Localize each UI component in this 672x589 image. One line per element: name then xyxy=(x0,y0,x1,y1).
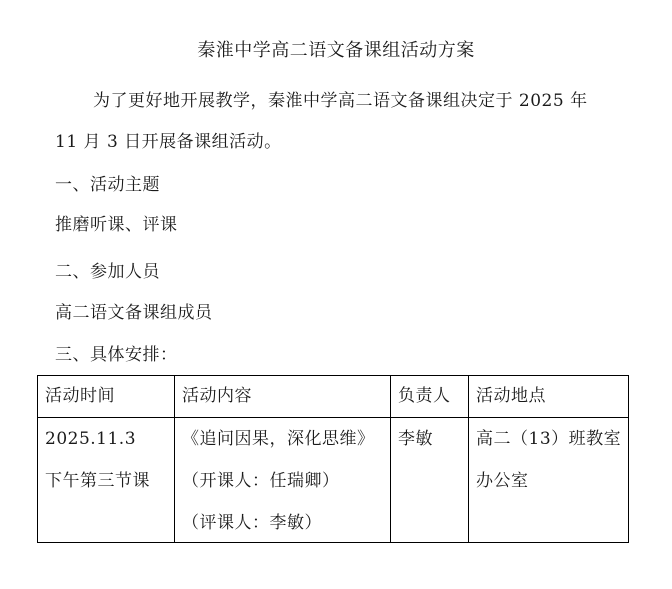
intro-paragraph-line-1: 为了更好地开展教学，秦淮中学高二语文备课组决定于 2025 年 xyxy=(93,90,588,112)
content-lecturer: （开课人：任瑞卿） xyxy=(182,470,390,492)
schedule-table: 活动时间 活动内容 负责人 活动地点 2025.11.3 下午第三节课 《追问因… xyxy=(37,375,629,543)
location-classroom: 高二（13）班教室 xyxy=(476,428,628,450)
table-row: 2025.11.3 下午第三节课 《追问因果，深化思维》 （开课人：任瑞卿） （… xyxy=(38,418,629,543)
content-lesson-title: 《追问因果，深化思维》 xyxy=(182,428,390,450)
time-period: 下午第三节课 xyxy=(45,470,174,492)
document-page: 秦淮中学高二语文备课组活动方案 为了更好地开展教学，秦淮中学高二语文备课组决定于… xyxy=(0,0,672,589)
section-heading-schedule: 三、具体安排： xyxy=(55,344,178,366)
cell-content: 《追问因果，深化思维》 （开课人：任瑞卿） （评课人：李敏） xyxy=(175,418,391,543)
time-date: 2025.11.3 xyxy=(45,428,174,450)
header-time: 活动时间 xyxy=(38,376,175,418)
section-heading-participants: 二、参加人员 xyxy=(55,261,160,283)
cell-owner: 李敏 xyxy=(391,418,469,543)
owner-name: 李敏 xyxy=(398,428,468,450)
header-location: 活动地点 xyxy=(469,376,629,418)
header-owner: 负责人 xyxy=(391,376,469,418)
document-title: 秦淮中学高二语文备课组活动方案 xyxy=(0,40,672,62)
location-office: 办公室 xyxy=(476,470,628,492)
section-heading-theme: 一、活动主题 xyxy=(55,174,160,196)
intro-paragraph-line-2: 11 月 3 日开展备课组活动。 xyxy=(55,131,282,153)
header-content: 活动内容 xyxy=(175,376,391,418)
cell-location: 高二（13）班教室 办公室 xyxy=(469,418,629,543)
content-reviewer: （评课人：李敏） xyxy=(182,512,390,534)
section-body-participants: 高二语文备课组成员 xyxy=(55,302,213,324)
table-header-row: 活动时间 活动内容 负责人 活动地点 xyxy=(38,376,629,418)
cell-time: 2025.11.3 下午第三节课 xyxy=(38,418,175,543)
section-body-theme: 推磨听课、评课 xyxy=(55,214,178,236)
